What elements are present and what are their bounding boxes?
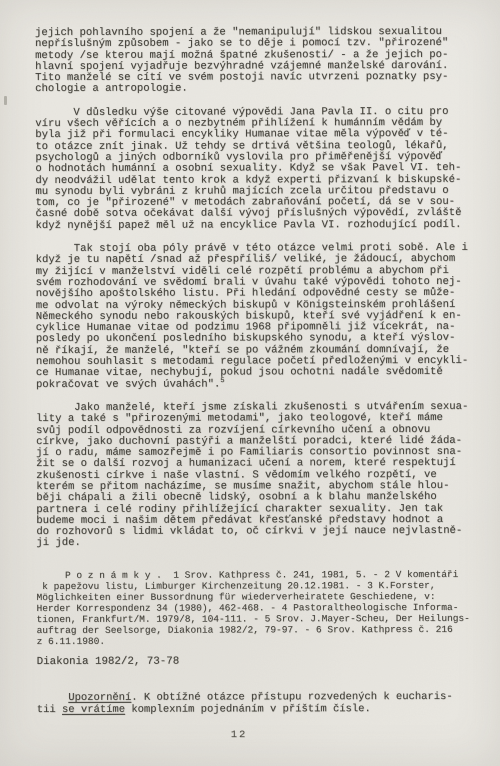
notice-line1-text: . K obtížné otázce přístupu rozvedených …	[131, 691, 452, 704]
notice-line2-emphasis: se vrátíme	[62, 704, 125, 716]
notice-line2-start: tii	[37, 704, 62, 716]
page-number: 12	[0, 729, 478, 741]
paragraph-2: V důsledku výše citované výpovědi Jana P…	[35, 107, 487, 232]
paragraph-3-text: Tak stojí oba póly právě v této otázce v…	[36, 242, 469, 391]
footnotes-section: P o z n á m k y . 1 Srov. Kathpress č. 2…	[36, 569, 488, 647]
notice-indent	[37, 692, 69, 704]
paragraph-1: jejich pohlavního spojení a že "nemanipu…	[35, 27, 487, 96]
notice-label: Upozornění	[68, 692, 131, 704]
scan-artifact	[4, 96, 7, 105]
editorial-notice: Upozornění. K obtížné otázce přístupu ro…	[37, 691, 489, 717]
notice-line2-rest: komplexním pojednáním v příštím čísle.	[125, 703, 371, 716]
journal-reference: Diakonia 1982/2, 73-78	[37, 655, 489, 668]
paragraph-3: Tak stojí oba póly právě v této otázce v…	[36, 243, 488, 391]
footnote-reference-5: 5	[220, 377, 224, 385]
page-text-block: jejich pohlavního spojení a že "nemanipu…	[35, 27, 489, 717]
scanned-document-page: jejich pohlavního spojení a že "nemanipu…	[0, 0, 500, 766]
paragraph-4: Jako manželé, kteří jsme získali zkušeno…	[36, 402, 488, 550]
